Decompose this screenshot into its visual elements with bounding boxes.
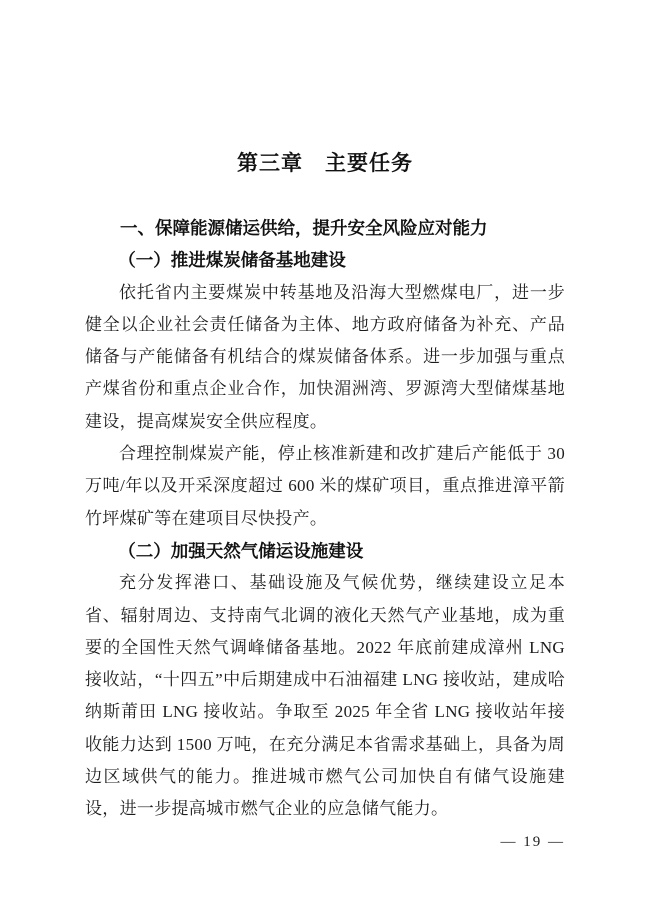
- section-heading: 一、保障能源储运供给，提升安全风险应对能力: [85, 212, 565, 244]
- page-content: 第三章 主要任务 一、保障能源储运供给，提升安全风险应对能力 （一）推进煤炭储备…: [85, 0, 565, 852]
- subsection-1-heading: （一）推进煤炭储备基地建设: [85, 244, 565, 276]
- subsection-1-paragraph-1: 依托省内主要煤炭中转基地及沿海大型燃煤电厂，进一步健全以企业社会责任储备为主体、…: [85, 277, 565, 438]
- chapter-title: 第三章 主要任务: [85, 150, 565, 178]
- page-number: — 19 —: [85, 832, 565, 852]
- document-page: 第三章 主要任务 一、保障能源储运供给，提升安全风险应对能力 （一）推进煤炭储备…: [0, 0, 650, 919]
- subsection-1-paragraph-2: 合理控制煤炭产能，停止核准新建和改扩建后产能低于 30 万吨/年以及开采深度超过…: [85, 438, 565, 535]
- subsection-2-paragraph-1: 充分发挥港口、基础设施及气候优势，继续建设立足本省、辐射周边、支持南气北调的液化…: [85, 567, 565, 825]
- subsection-2-heading: （二）加强天然气储运设施建设: [85, 535, 565, 567]
